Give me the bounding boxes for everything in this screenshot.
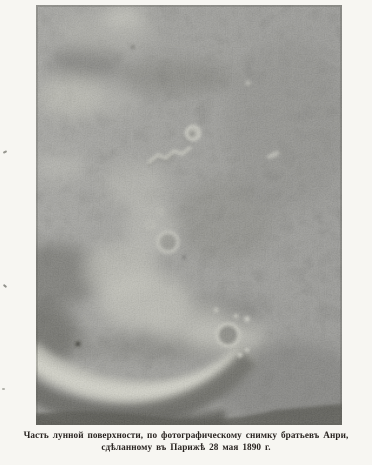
figure-caption: Часть лунной поверхности, по фотографиче… — [0, 430, 372, 453]
halftone-photo-canvas — [36, 5, 342, 425]
caption-line-1: Часть лунной поверхности, по фотографиче… — [0, 430, 372, 442]
lunar-photograph — [36, 5, 342, 425]
margin-speck — [3, 284, 7, 288]
caption-line-2: сдѣланному въ Парижѣ 28 мая 1890 г. — [0, 442, 372, 454]
margin-speck — [2, 388, 5, 390]
photo-fine-grain — [36, 5, 342, 425]
margin-speck — [3, 150, 7, 154]
book-page: Часть лунной поверхности, по фотографиче… — [0, 0, 372, 465]
